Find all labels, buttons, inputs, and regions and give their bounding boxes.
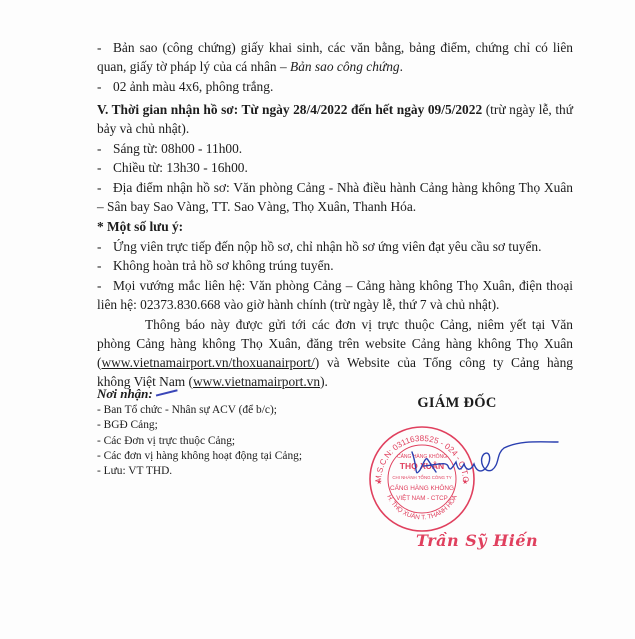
list-item: -Địa điểm nhận hồ sơ: Văn phòng Cảng - N… <box>97 178 573 216</box>
document-body: -Bản sao (công chứng) giấy khai sinh, cá… <box>97 38 573 392</box>
list-item: -Mọi vướng mắc liên hệ: Văn phòng Cảng –… <box>97 276 573 314</box>
notes-heading: * Một số lưu ý: <box>97 217 573 236</box>
svg-text:★: ★ <box>376 478 382 486</box>
list-item: -Không hoàn trả hồ sơ không trúng tuyển. <box>97 256 573 275</box>
section-heading: V. Thời gian nhận hồ sơ: Từ ngày 28/4/20… <box>97 100 573 138</box>
list-item: -Bản sao (công chứng) giấy khai sinh, cá… <box>97 38 573 76</box>
closing-paragraph: Thông báo này được gửi tới các đơn vị tr… <box>97 315 573 392</box>
list-item: -Chiều từ: 13h30 - 16h00. <box>97 158 573 177</box>
list-item: -Sáng từ: 08h00 - 11h00. <box>97 139 573 158</box>
recipients-block: Nơi nhận: - Ban Tổ chức - Nhân sự ACV (đ… <box>97 386 357 479</box>
recipients-title: Nơi nhận: <box>97 386 153 401</box>
list-item: -Ứng viên trực tiếp đến nộp hồ sơ, chỉ n… <box>97 237 573 256</box>
signature-block: GIÁM ĐỐC <box>372 395 542 412</box>
recipient-item: - Các Đơn vị trực thuộc Cảng; <box>97 434 357 449</box>
recipient-item: - Lưu: VT THD. <box>97 464 357 479</box>
link-thoxuan-airport[interactable]: www.vietnamairport.vn/thoxuanairport/ <box>101 355 314 370</box>
handwritten-signature-icon <box>400 440 560 490</box>
list-item: -02 ảnh màu 4x6, phông trắng. <box>97 77 573 96</box>
recipient-item: - BGĐ Cảng; <box>97 418 357 433</box>
recipient-item: - Các đơn vị hàng không hoạt động tại Cả… <box>97 449 357 464</box>
handwritten-mark-icon <box>154 383 177 396</box>
svg-text:VIỆT NAM - CTCP: VIỆT NAM - CTCP <box>396 494 447 502</box>
signer-role: GIÁM ĐỐC <box>372 395 542 412</box>
signer-name: Trần Sỹ Hiến <box>416 531 566 550</box>
recipient-item: - Ban Tổ chức - Nhân sự ACV (để b/c); <box>97 403 357 418</box>
